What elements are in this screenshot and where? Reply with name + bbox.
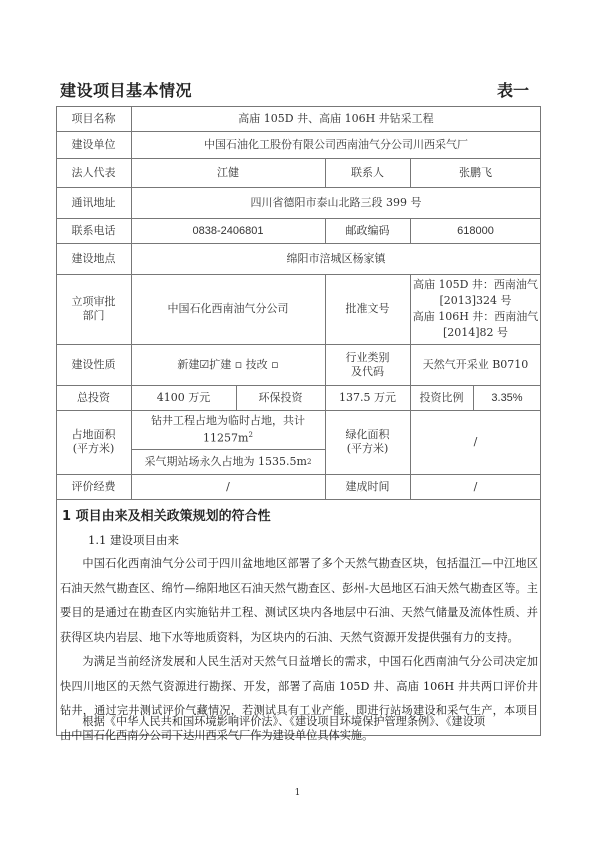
contact-value: 张鹏飞 bbox=[410, 158, 541, 187]
table-number: 表一 bbox=[497, 78, 529, 101]
postcode-value: 618000 bbox=[410, 218, 541, 243]
industry-label: 行业类别 及代码 bbox=[325, 344, 410, 385]
invest-ratio-value: 3.35% bbox=[473, 385, 541, 410]
total-invest-value: 4100 万元 bbox=[131, 385, 236, 410]
industry-value: 天然气开采业 B0710 bbox=[410, 344, 541, 385]
superscript: 2 bbox=[248, 431, 252, 439]
subsection-title: 1.1 建设项目由来 bbox=[88, 532, 179, 548]
site-value: 绵阳市涪城区杨家镇 bbox=[131, 243, 541, 274]
green-area-value: / bbox=[410, 410, 541, 474]
approval-dept-label-line1: 立项审批 bbox=[72, 295, 116, 309]
approval-no-value: 高庙 105D 井：西南油气 [2013]324 号 高庙 106H 井：西南油… bbox=[410, 274, 541, 344]
land-area-temporary: 钻井工程占地为临时占地，共计 11257m2 bbox=[131, 410, 325, 449]
land-area-temp-value: 11257m bbox=[203, 431, 248, 444]
builder-value: 中国石油化工股份有限公司西南油气分公司川西采气厂 bbox=[131, 131, 541, 158]
document-title: 建设项目基本情况 bbox=[60, 78, 192, 101]
builder-label: 建设单位 bbox=[56, 131, 131, 158]
green-area-label-line2: (平方米) bbox=[347, 442, 389, 456]
nature-checkboxes: 新建☑扩建 ▫ 技改 ▫ bbox=[131, 344, 325, 385]
env-invest-value: 137.5 万元 bbox=[325, 385, 410, 410]
page-number: 1 bbox=[0, 788, 595, 798]
approval-no-line: 高庙 105D 井：西南油气 bbox=[413, 277, 538, 293]
land-area-label: 占地面积 (平方米) bbox=[56, 410, 131, 474]
completion-label: 建成时间 bbox=[325, 474, 410, 499]
legal-rep-label: 法人代表 bbox=[56, 158, 131, 187]
land-area-label-line2: (平方米) bbox=[73, 442, 115, 456]
paragraph: 中国石化西南油气分公司于四川盆地地区部署了多个天然气勘查区块，包括温江—中江地区… bbox=[60, 552, 538, 650]
contact-label: 联系人 bbox=[325, 158, 410, 187]
address-value: 四川省德阳市泰山北路三段 399 号 bbox=[131, 187, 541, 218]
approval-no-line: [2013]324 号 bbox=[439, 293, 511, 309]
site-label: 建设地点 bbox=[56, 243, 131, 274]
eval-fee-label: 评价经费 bbox=[56, 474, 131, 499]
phone-value: 0838-2406801 bbox=[131, 218, 325, 243]
green-area-label-line1: 绿化面积 bbox=[346, 428, 390, 442]
eval-fee-value: / bbox=[131, 474, 325, 499]
completion-value: / bbox=[410, 474, 541, 499]
phone-label: 联系电话 bbox=[56, 218, 131, 243]
approval-no-label: 批准文号 bbox=[325, 274, 410, 344]
project-name-label: 项目名称 bbox=[56, 106, 131, 131]
paragraph: 根据《中华人民共和国环境影响评价法》、《建设项目环境保护管理条例》、《建设项 bbox=[60, 710, 538, 735]
industry-label-line1: 行业类别 bbox=[346, 351, 390, 365]
nature-label: 建设性质 bbox=[56, 344, 131, 385]
land-area-temp-line2: 11257m2 bbox=[203, 428, 253, 446]
industry-label-line2: 及代码 bbox=[351, 365, 384, 379]
approval-dept-label-line2: 部门 bbox=[83, 309, 105, 323]
section-title: 1 项目由来及相关政策规划的符合性 bbox=[62, 505, 271, 524]
address-label: 通讯地址 bbox=[56, 187, 131, 218]
project-name-value: 高庙 105D 井、高庙 106H 井钻采工程 bbox=[131, 106, 541, 131]
legal-rep-value: 江健 bbox=[131, 158, 325, 187]
approval-no-line: [2014]82 号 bbox=[443, 325, 508, 341]
row-divider bbox=[56, 499, 541, 500]
land-area-label-line1: 占地面积 bbox=[72, 428, 116, 442]
land-area-temp-line1: 钻井工程占地为临时占地，共计 bbox=[151, 414, 305, 428]
superscript: 2 bbox=[307, 455, 311, 469]
postcode-label: 邮政编码 bbox=[325, 218, 410, 243]
invest-ratio-label: 投资比例 bbox=[410, 385, 473, 410]
approval-no-line: 高庙 106H 井：西南油气 bbox=[413, 309, 539, 325]
land-area-perm-value: 采气期站场永久占地为 1535.5m bbox=[145, 455, 307, 469]
land-area-permanent: 采气期站场永久占地为 1535.5m2 bbox=[131, 449, 325, 474]
green-area-label: 绿化面积 (平方米) bbox=[325, 410, 410, 474]
approval-dept-label: 立项审批 部门 bbox=[56, 274, 131, 344]
env-invest-label: 环保投资 bbox=[236, 385, 325, 410]
total-invest-label: 总投资 bbox=[56, 385, 131, 410]
approval-dept-value: 中国石化西南油气分公司 bbox=[131, 274, 325, 344]
